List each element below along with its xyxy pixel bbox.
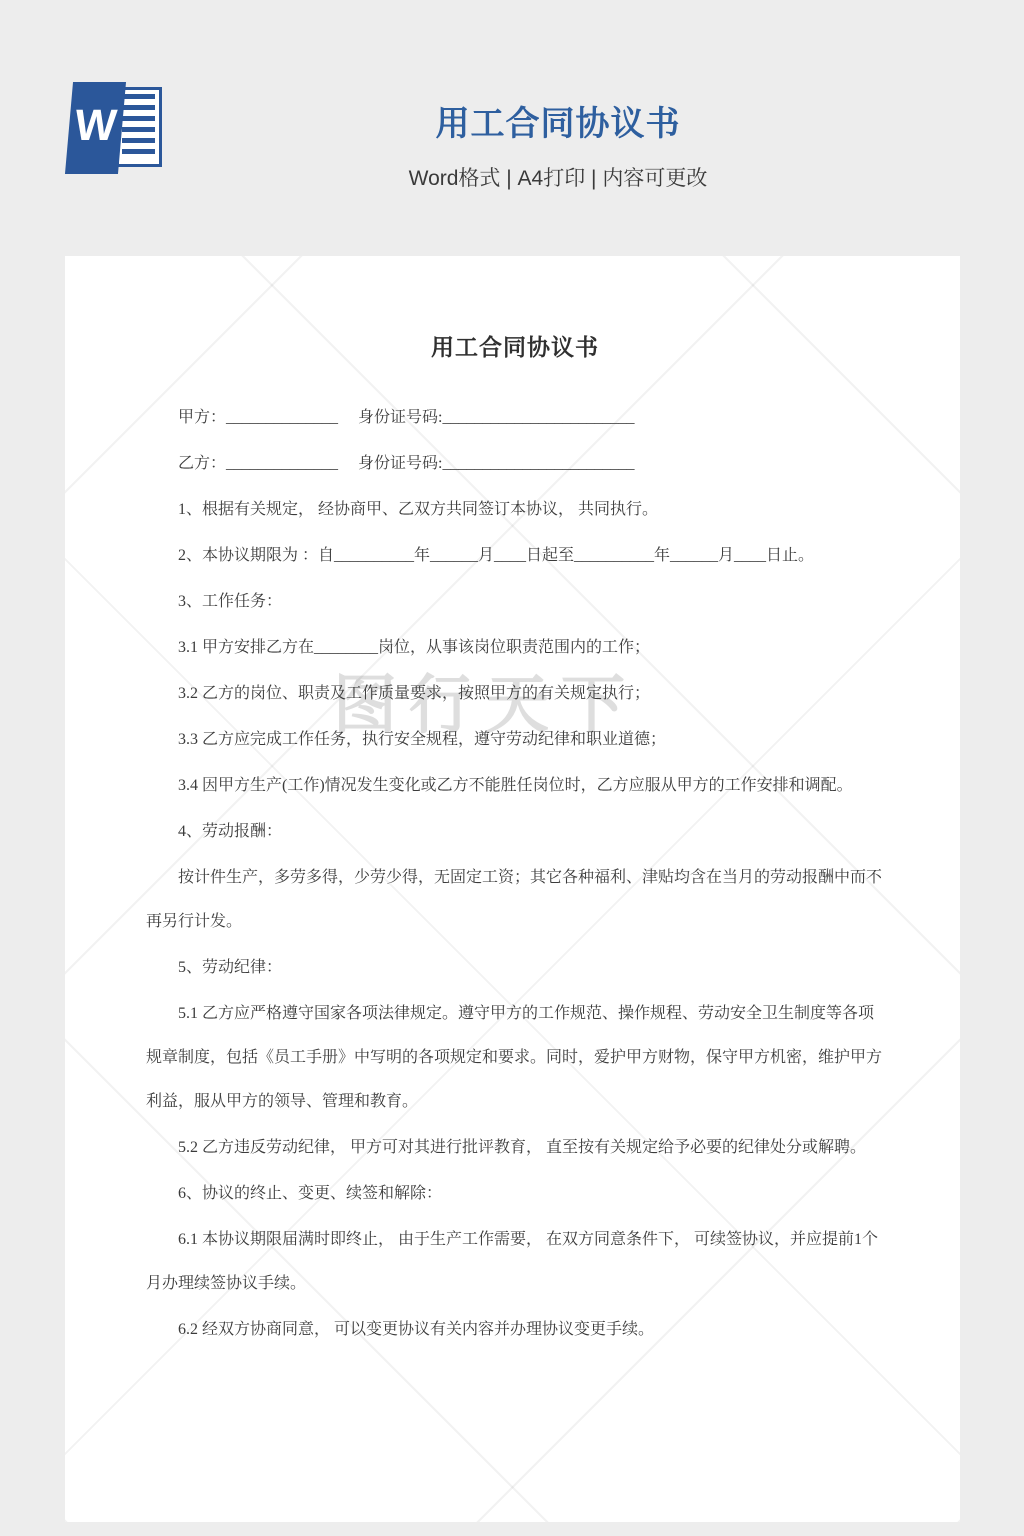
doc-paragraph: 3.2 乙方的岗位、职责及工作质量要求，按照甲方的有关规定执行； (146, 672, 884, 716)
doc-paragraph: 5.2 乙方违反劳动纪律， 甲方可对其进行批评教育， 直至按有关规定给予必要的纪… (146, 1126, 884, 1170)
doc-paragraph: 6.1 本协议期限届满时即终止， 由于生产工作需要， 在双方同意条件下， 可续签… (146, 1218, 884, 1306)
page-title: 用工合同协议书 (92, 96, 1024, 145)
doc-paragraph: 3、工作任务： (146, 580, 884, 624)
doc-paragraph: 6.2 经双方协商同意， 可以变更协议有关内容并办理协议变更手续。 (146, 1308, 884, 1352)
doc-paragraph: 3.4 因甲方生产(工作)情况发生变化或乙方不能胜任岗位时，乙方应服从甲方的工作… (146, 764, 884, 808)
document-body: 甲方：______________ 身份证号码:________________… (146, 396, 884, 1352)
doc-paragraph: 甲方：______________ 身份证号码:________________… (146, 396, 884, 440)
doc-paragraph: 4、劳动报酬： (146, 810, 884, 854)
doc-paragraph: 2、本协议期限为 ：自__________年______月____日起至____… (146, 534, 884, 578)
doc-paragraph: 1、根据有关规定， 经协商甲、乙双方共同签订本协议， 共同执行。 (146, 488, 884, 532)
doc-paragraph: 按计件生产，多劳多得，少劳少得，无固定工资；其它各种福利、津贴均含在当月的劳动报… (146, 856, 884, 944)
document-title: 用工合同协议书 (146, 326, 884, 370)
doc-paragraph: 6、协议的终止、变更、续签和解除： (146, 1172, 884, 1216)
header-text: 用工合同协议书 Word格式 | A4打印 | 内容可更改 (0, 0, 1024, 192)
doc-paragraph: 3.1 甲方安排乙方在________岗位，从事该岗位职责范围内的工作； (146, 626, 884, 670)
doc-paragraph: 乙方：______________ 身份证号码:________________… (146, 442, 884, 486)
doc-paragraph: 3.3 乙方应完成工作任务，执行安全规程，遵守劳动纪律和职业道德； (146, 718, 884, 762)
document-content: 用工合同协议书 甲方：______________ 身份证号码:________… (65, 256, 960, 1522)
page-header: W 用工合同协议书 Word格式 | A4打印 | 内容可更改 (0, 0, 1024, 256)
doc-paragraph: 5、劳动纪律： (146, 946, 884, 990)
doc-paragraph: 5.1 乙方应严格遵守国家各项法律规定。遵守甲方的工作规范、操作规程、劳动安全卫… (146, 992, 884, 1124)
document-page: 图行天下 用工合同协议书 甲方：______________ 身份证号码:___… (65, 256, 960, 1522)
page-subtitle: Word格式 | A4打印 | 内容可更改 (92, 162, 1024, 192)
